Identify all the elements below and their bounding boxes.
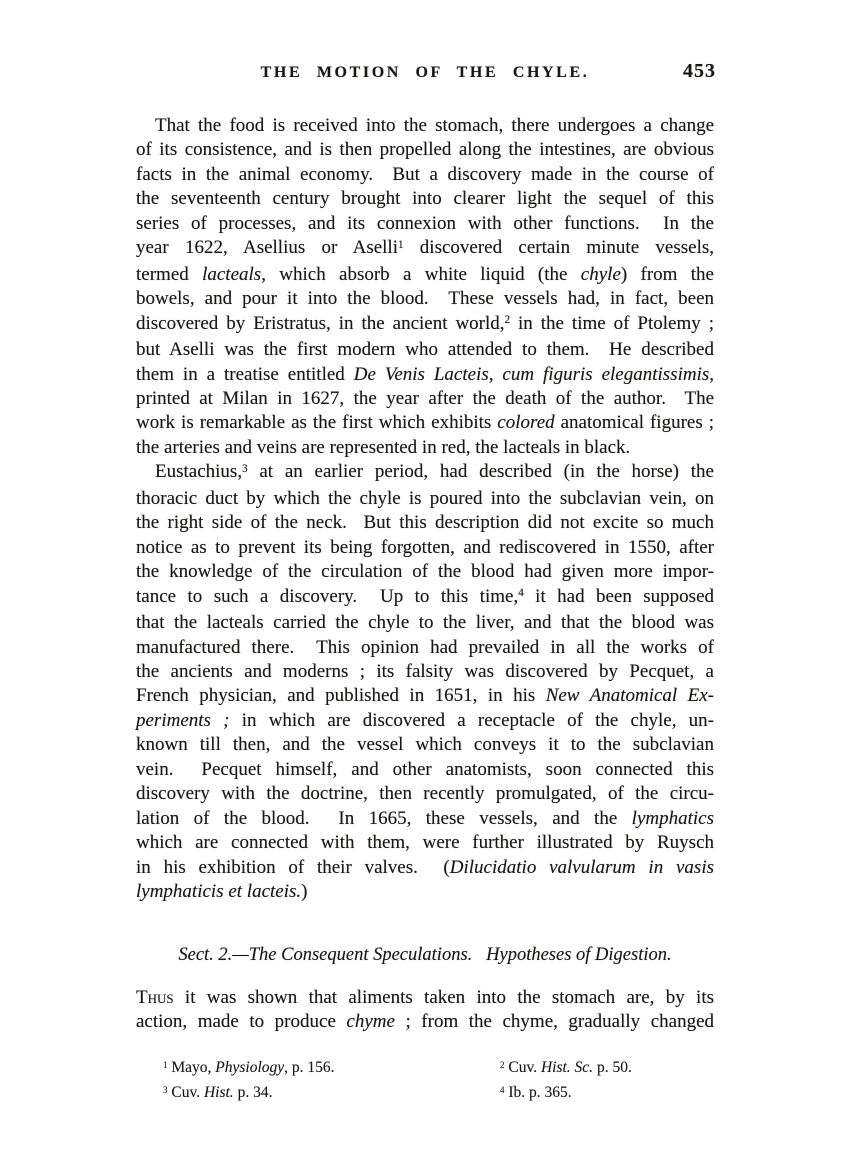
text-line: action, made to produce chyme ; from the… bbox=[136, 1010, 714, 1034]
footnote-marker: 3 bbox=[163, 1085, 168, 1095]
footnote-marker: 3 bbox=[242, 463, 248, 475]
text-line: that the lacteals carried the chyle to t… bbox=[136, 611, 714, 635]
running-head: THE MOTION OF THE CHYLE. 453 bbox=[136, 64, 714, 88]
styled-text: lacteals bbox=[202, 264, 261, 285]
text-line: facts in the animal economy. But a disco… bbox=[136, 163, 714, 187]
text-line: them in a treatise entitled De Venis Lac… bbox=[136, 363, 714, 387]
text-line: lymphaticis et lacteis.) bbox=[136, 880, 714, 904]
text-line: series of processes, and its connexion w… bbox=[136, 212, 714, 236]
text-line: bowels, and pour it into the blood. Thes… bbox=[136, 287, 714, 311]
styled-text: De Venis Lacteis, cum figuris elegantiss… bbox=[354, 364, 714, 385]
text-line: the ancients and moderns ; its falsity w… bbox=[136, 660, 714, 684]
text-line: French physician, and published in 1651,… bbox=[136, 684, 714, 708]
footnote-marker: 2 bbox=[500, 1060, 505, 1070]
page-number: 453 bbox=[683, 60, 716, 83]
footnote: 2 Cuv. Hist. Sc. p. 50. bbox=[500, 1056, 714, 1081]
text-line: the seventeenth century brought into cle… bbox=[136, 187, 714, 211]
footnote-marker: 1 bbox=[398, 239, 404, 251]
styled-text: Physiology bbox=[215, 1059, 284, 1076]
styled-text: Hist. Sc. bbox=[541, 1059, 593, 1076]
styled-text: colored bbox=[497, 412, 554, 433]
paragraph: Thus it was shown that aliments taken in… bbox=[136, 986, 714, 1035]
text-line: manufactured there. This opinion had pre… bbox=[136, 636, 714, 660]
footnote-marker: 4 bbox=[518, 587, 524, 599]
styled-text: periments ; bbox=[136, 710, 229, 731]
text-line: but Aselli was the first modern who atte… bbox=[136, 338, 714, 362]
footnote: 3 Cuv. Hist. p. 34. bbox=[136, 1081, 500, 1106]
footnotes: 1 Mayo, Physiology, p. 156.2 Cuv. Hist. … bbox=[136, 1056, 714, 1106]
text-line: thoracic duct by which the chyle is pour… bbox=[136, 487, 714, 511]
text-line: Thus it was shown that aliments taken in… bbox=[136, 986, 714, 1010]
styled-text: lymphaticis et lacteis. bbox=[136, 881, 301, 902]
footnote-row: 1 Mayo, Physiology, p. 156.2 Cuv. Hist. … bbox=[136, 1056, 714, 1081]
text-line: which are connected with them, were furt… bbox=[136, 831, 714, 855]
text-line: notice as to prevent its being forgotten… bbox=[136, 536, 714, 560]
footnote-marker: 2 bbox=[505, 314, 511, 326]
text-line: the right side of the neck. But this des… bbox=[136, 511, 714, 535]
text-line: discovered by Eristratus, in the ancient… bbox=[136, 312, 714, 338]
text-line: in his exhibition of their valves. (Dilu… bbox=[136, 856, 714, 880]
text-line: of its consistence, and is then propelle… bbox=[136, 138, 714, 162]
styled-text: New Anatomical Ex- bbox=[546, 685, 714, 706]
text-line: vein. Pecquet himself, and other anatomi… bbox=[136, 758, 714, 782]
text-line: tance to such a discovery. Up to this ti… bbox=[136, 585, 714, 611]
styled-text: Thus bbox=[136, 987, 174, 1008]
text-line: discovery with the doctrine, then recent… bbox=[136, 782, 714, 806]
text-line: year 1622, Asellius or Aselli1 discovere… bbox=[136, 236, 714, 262]
paragraph: That the food is received into the stoma… bbox=[136, 114, 714, 460]
footnote-marker: 1 bbox=[163, 1060, 168, 1070]
footnote: 1 Mayo, Physiology, p. 156. bbox=[136, 1056, 500, 1081]
text-line: work is remarkable as the first which ex… bbox=[136, 411, 714, 435]
text-line: known till then, and the vessel which co… bbox=[136, 733, 714, 757]
footnote-row: 3 Cuv. Hist. p. 34.4 Ib. p. 365. bbox=[136, 1081, 714, 1106]
footnote: 4 Ib. p. 365. bbox=[500, 1081, 714, 1106]
styled-text: chyle bbox=[581, 264, 621, 285]
book-page: THE MOTION OF THE CHYLE. 453 That the fo… bbox=[136, 0, 714, 1106]
text-line: termed lacteals, which absorb a white li… bbox=[136, 263, 714, 287]
paragraph: Eustachius,3 at an earlier period, had d… bbox=[136, 460, 714, 904]
text-line: lation of the blood. In 1665, these vess… bbox=[136, 807, 714, 831]
text-line: the arteries and veins are represented i… bbox=[136, 436, 714, 460]
running-title: THE MOTION OF THE CHYLE. bbox=[136, 64, 714, 82]
styled-text: chyme bbox=[346, 1011, 395, 1032]
text-line: printed at Milan in 1627, the year after… bbox=[136, 387, 714, 411]
text-line: periments ; in which are discovered a re… bbox=[136, 709, 714, 733]
styled-text: Dilucidatio valvularum in vasis bbox=[450, 857, 714, 878]
footnote-marker: 4 bbox=[500, 1085, 505, 1095]
styled-text: lymphatics bbox=[632, 808, 714, 829]
text-line: Eustachius,3 at an earlier period, had d… bbox=[136, 460, 714, 486]
section-heading: Sect. 2.—The Consequent Speculations. Hy… bbox=[136, 943, 714, 968]
text-line: the knowledge of the circulation of the … bbox=[136, 560, 714, 584]
text-line: That the food is received into the stoma… bbox=[136, 114, 714, 138]
styled-text: Sect. 2.—The Consequent Speculations. Hy… bbox=[178, 945, 671, 965]
page-body: That the food is received into the stoma… bbox=[136, 114, 714, 1034]
styled-text: Hist. bbox=[204, 1084, 234, 1101]
